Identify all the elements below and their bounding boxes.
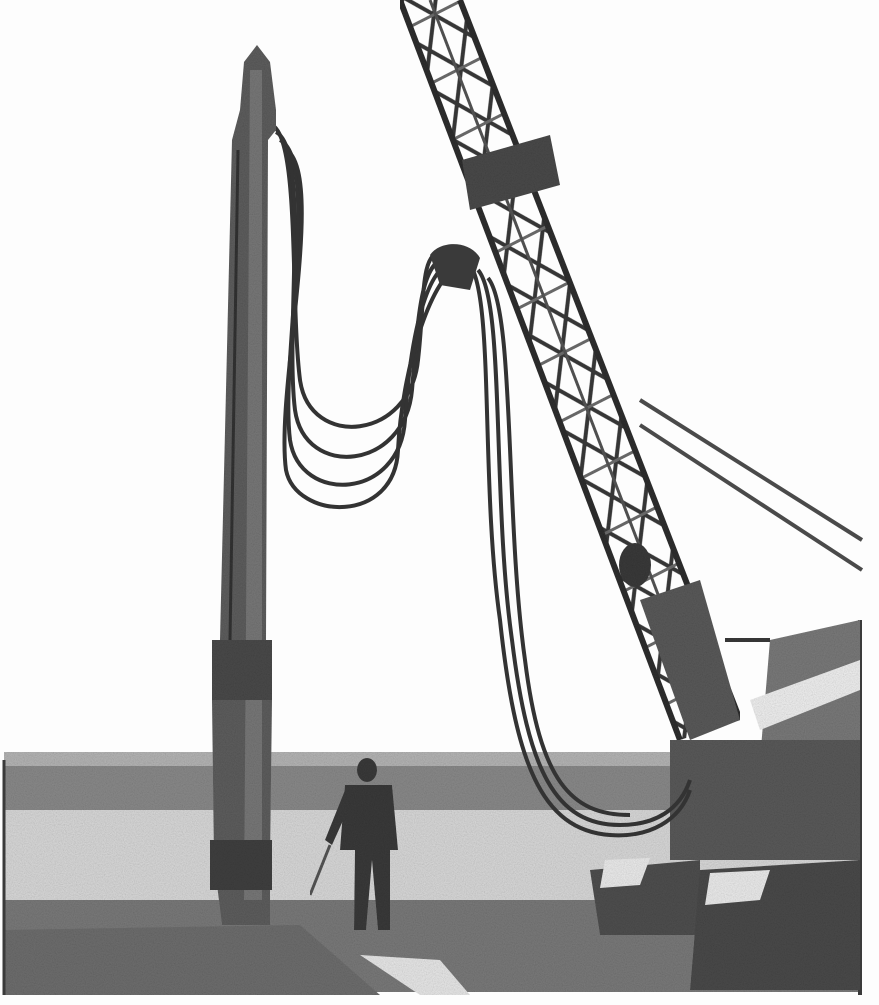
photo-illustration — [0, 0, 879, 1005]
photograph: Black-and-white photo of a tall pile dri… — [0, 0, 879, 1005]
